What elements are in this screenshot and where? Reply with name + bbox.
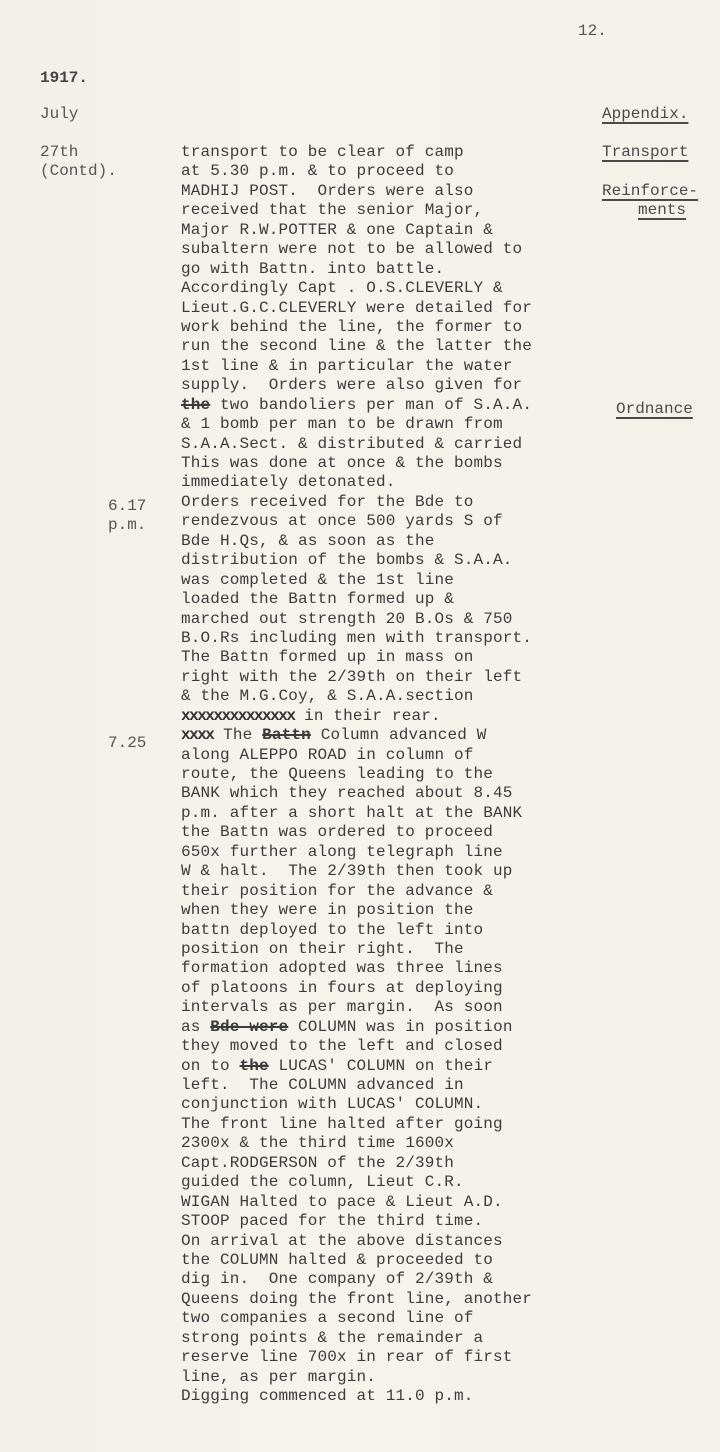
text-line: & 1 bomb per man to be drawn from <box>181 415 621 434</box>
text-line: guided the column, Lieut C.R. <box>181 1173 621 1192</box>
text-line: formation adopted was three lines <box>181 959 621 978</box>
text-line: immediately detonated. <box>181 473 621 492</box>
text-line: left. The COLUMN advanced in <box>181 1076 621 1095</box>
struck-text: xxxxxxxxxxxxxx <box>181 707 294 725</box>
text-line: right with the 2/39th on their left <box>181 668 621 687</box>
text-line: battn deployed to the left into <box>181 921 621 940</box>
text-line: loaded the Battn formed up & <box>181 590 621 609</box>
text-line: go with Battn. into battle. <box>181 260 621 279</box>
time-label: p.m. <box>108 516 146 535</box>
text-line: received that the senior Major, <box>181 201 621 220</box>
text-line: on to the LUCAS' COLUMN on their <box>181 1057 621 1076</box>
text-line: Digging commenced at 11.0 p.m. <box>181 1387 621 1406</box>
text-line: Orders received for the Bde to <box>181 493 621 512</box>
text-line: reserve line 700x in rear of first <box>181 1348 621 1367</box>
text-line: the Battn was ordered to proceed <box>181 823 621 842</box>
text-line: was completed & the 1st line <box>181 571 621 590</box>
text-line: Capt.RODGERSON of the 2/39th <box>181 1154 621 1173</box>
text-line: they moved to the left and closed <box>181 1037 621 1056</box>
text-line: Queens doing the front line, another <box>181 1290 621 1309</box>
text-line: BANK which they reached about 8.45 <box>181 784 621 803</box>
text-line: the COLUMN halted & proceeded to <box>181 1251 621 1270</box>
text-line: transport to be clear of camp <box>181 143 621 162</box>
text-line: STOOP paced for the third time. <box>181 1212 621 1231</box>
text-line: Major R.W.POTTER & one Captain & <box>181 221 621 240</box>
text-line: Lieut.G.C.CLEVERLY were detailed for <box>181 299 621 318</box>
text-line: WIGAN Halted to pace & Lieut A.D. <box>181 1193 621 1212</box>
text-line: MADHIJ POST. Orders were also <box>181 182 621 201</box>
page-number: 12. <box>578 22 607 40</box>
struck-text: xxxx <box>181 726 213 744</box>
text-line: at 5.30 p.m. & to proceed to <box>181 162 621 181</box>
text-line: 650x further along telegraph line <box>181 843 621 862</box>
text-line: run the second line & the latter the <box>181 337 621 356</box>
text-line: the two bandoliers per man of S.A.A. <box>181 396 621 415</box>
struck-text: the <box>240 1057 269 1075</box>
text-line: their position for the advance & <box>181 882 621 901</box>
text-line: W & halt. The 2/39th then took up <box>181 862 621 881</box>
struck-text: Battn <box>262 726 311 744</box>
text-line: strong points & the remainder a <box>181 1329 621 1348</box>
month-heading: July <box>40 105 78 123</box>
date-label: 27th <box>40 143 78 162</box>
text-line: xxxxxxxxxxxxxx in their rear. <box>181 707 621 726</box>
text-line: Bde H.Qs, & as soon as the <box>181 532 621 551</box>
text-line: supply. Orders were also given for <box>181 376 621 395</box>
year-heading: 1917. <box>40 69 88 87</box>
text-line: as Bde were COLUMN was in position <box>181 1018 621 1037</box>
text-line: The Battn formed up in mass on <box>181 648 621 667</box>
text-line: This was done at once & the bombs <box>181 454 621 473</box>
margin-note: Appendix. <box>602 105 688 123</box>
text-line: Accordingly Capt . O.S.CLEVERLY & <box>181 279 621 298</box>
text-line: p.m. after a short halt at the BANK <box>181 804 621 823</box>
text-line: along ALEPPO ROAD in column of <box>181 746 621 765</box>
text-line: of platoons in fours at deploying <box>181 979 621 998</box>
text-line: 1st line & in particular the water <box>181 357 621 376</box>
text-line: dig in. One company of 2/39th & <box>181 1270 621 1289</box>
time-label: 7.25 <box>108 734 146 753</box>
text-line: subaltern were not to be allowed to <box>181 240 621 259</box>
text-line: line, as per margin. <box>181 1368 621 1387</box>
text-line: two companies a second line of <box>181 1309 621 1328</box>
text-line: S.A.A.Sect. & distributed & carried <box>181 435 621 454</box>
text-line: & the M.G.Coy, & S.A.A.section <box>181 687 621 706</box>
margin-note: Ordnance <box>616 400 693 418</box>
text-line: conjunction with LUCAS' COLUMN. <box>181 1095 621 1114</box>
text-line: The front line halted after going <box>181 1115 621 1134</box>
text-line: B.O.Rs including men with transport. <box>181 629 621 648</box>
date-label: (Contd). <box>40 162 117 181</box>
diary-body-text: transport to be clear of campat 5.30 p.m… <box>181 143 621 1406</box>
text-line: On arrival at the above distances <box>181 1232 621 1251</box>
struck-text: Bde were <box>210 1018 288 1036</box>
text-line: distribution of the bombs & S.A.A. <box>181 551 621 570</box>
text-line: work behind the line, the former to <box>181 318 621 337</box>
text-line: rendezvous at once 500 yards S of <box>181 512 621 531</box>
text-line: 2300x & the third time 1600x <box>181 1134 621 1153</box>
text-line: xxxx The Battn Column advanced W <box>181 726 621 745</box>
document-page: 12. 1917. July 27th(Contd). 6.17p.m.7.25… <box>0 0 720 1452</box>
text-line: when they were in position the <box>181 901 621 920</box>
text-line: marched out strength 20 B.Os & 750 <box>181 610 621 629</box>
struck-text: the <box>181 396 210 414</box>
time-label: 6.17 <box>108 497 146 516</box>
margin-note: ments <box>638 201 686 219</box>
text-line: position on their right. The <box>181 940 621 959</box>
text-line: route, the Queens leading to the <box>181 765 621 784</box>
text-line: intervals as per margin. As soon <box>181 998 621 1017</box>
